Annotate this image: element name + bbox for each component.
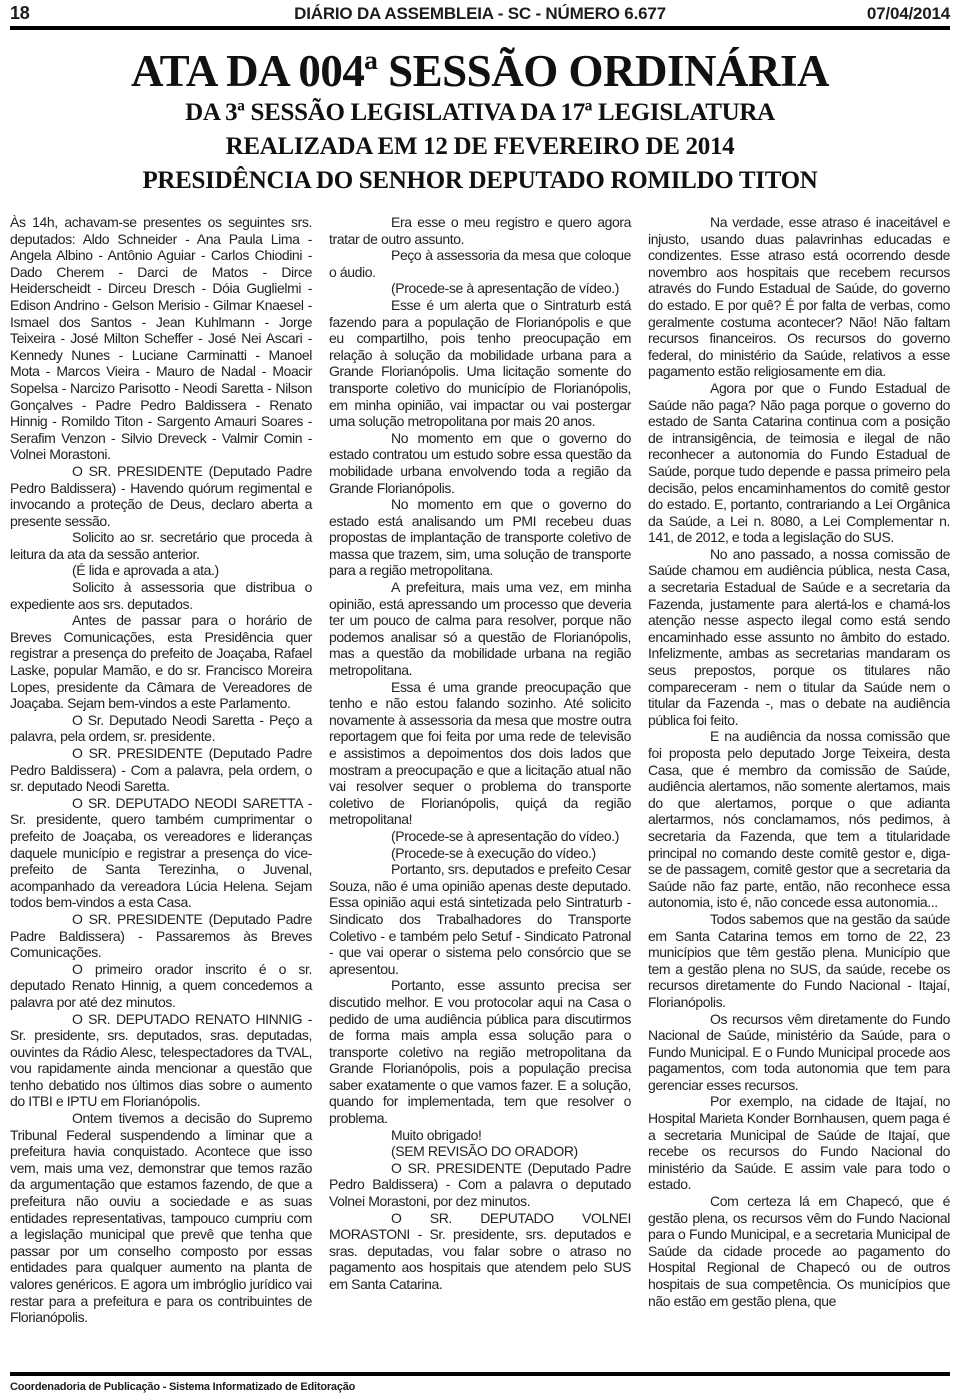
paragraph: Com certeza lá em Chapecó, que é gestão …: [648, 1193, 950, 1309]
paragraph: Na verdade, esse atraso é inaceitável e …: [648, 214, 950, 380]
paragraph: Todos sabemos que na gestão da saúde em …: [648, 911, 950, 1011]
paragraph: O SR. PRESIDENTE (Deputado Padre Pedro B…: [329, 1160, 631, 1210]
paragraph: O Sr. Deputado Neodi Saretta - Peço a pa…: [10, 712, 312, 745]
paragraph: Essa é uma grande preocupação que tenho …: [329, 679, 631, 828]
column-2: Era esse o meu registro e quero agora tr…: [329, 214, 631, 1346]
header-date: 07/04/2014: [666, 4, 950, 24]
paragraph: No momento em que o governo do estado co…: [329, 430, 631, 496]
paragraph: (SEM REVISÃO DO ORADOR): [329, 1143, 631, 1160]
session-title: ATA DA 004ª SESSÃO ORDINÁRIA: [10, 46, 950, 96]
paragraph: Peço à assessoria da mesa que coloque o …: [329, 247, 631, 280]
paragraph: O SR. DEPUTADO RENATO HINNIG - Sr. presi…: [10, 1011, 312, 1111]
paragraph: Solicito ao sr. secretário que proceda à…: [10, 529, 312, 562]
paragraph: Os recursos vêm diretamente do Fundo Nac…: [648, 1011, 950, 1094]
paragraph: (É lida e aprovada a ata.): [10, 562, 312, 579]
session-title-block: ATA DA 004ª SESSÃO ORDINÁRIA DA 3ª SESSÃ…: [10, 46, 950, 198]
session-subtitle-date: REALIZADA EM 12 DE FEVEREIRO DE 2014: [10, 130, 950, 164]
paragraph: Era esse o meu registro e quero agora tr…: [329, 214, 631, 247]
paragraph: O SR. DEPUTADO VOLNEI MORASTONI - Sr. pr…: [329, 1210, 631, 1293]
paragraph: No momento em que o governo do estado es…: [329, 496, 631, 579]
session-subtitle-presidency: PRESIDÊNCIA DO SENHOR DEPUTADO ROMILDO T…: [10, 164, 950, 198]
paragraph: O SR. PRESIDENTE (Deputado Padre Pedro B…: [10, 463, 312, 529]
paragraph: Às 14h, achavam-se presentes os seguinte…: [10, 214, 312, 463]
column-3: Na verdade, esse atraso é inaceitável e …: [648, 214, 950, 1346]
page-number: 18: [10, 3, 294, 24]
paragraph: A prefeitura, mais uma vez, em minha opi…: [329, 579, 631, 679]
paragraph: O primeiro orador inscrito é o sr. deput…: [10, 961, 312, 1011]
paragraph: Portanto, esse assunto precisa ser discu…: [329, 977, 631, 1126]
paragraph: Solicito à assessoria que distribua o ex…: [10, 579, 312, 612]
text-columns: Às 14h, achavam-se presentes os seguinte…: [10, 214, 950, 1346]
paragraph: (Procede-se à apresentação do vídeo.): [329, 828, 631, 845]
paragraph: Por exemplo, na cidade de Itajaí, no Hos…: [648, 1093, 950, 1193]
paragraph: No ano passado, a nossa comissão de Saúd…: [648, 546, 950, 729]
footer-text: Coordenadoria de Publicação - Sistema In…: [10, 1381, 355, 1393]
gazette-page: 18 DIÁRIO DA ASSEMBLEIA - SC - NÚMERO 6.…: [0, 0, 960, 1398]
column-1: Às 14h, achavam-se presentes os seguinte…: [10, 214, 312, 1346]
paragraph: (Procede-se à apresentação de vídeo.): [329, 280, 631, 297]
paragraph: E na audiência da nossa comissão que foi…: [648, 728, 950, 911]
header-rule-divider: [10, 26, 950, 30]
paragraph: Muito obrigado!: [329, 1127, 631, 1144]
paragraph: O SR. PRESIDENTE (Deputado Padre Pedro B…: [10, 745, 312, 795]
paragraph: Ontem tivemos a decisão do Supremo Tribu…: [10, 1110, 312, 1326]
page-header: 18 DIÁRIO DA ASSEMBLEIA - SC - NÚMERO 6.…: [10, 0, 950, 24]
paragraph: Antes de passar para o horário de Breves…: [10, 612, 312, 712]
paragraph: Esse é um alerta que o Sintraturb está f…: [329, 297, 631, 430]
gazette-title: DIÁRIO DA ASSEMBLEIA - SC - NÚMERO 6.677: [294, 4, 666, 24]
paragraph: (Procede-se à execução do vídeo.): [329, 845, 631, 862]
paragraph: Agora por que o Fundo Estadual de Saúde …: [648, 380, 950, 546]
paragraph: O SR. DEPUTADO NEODI SARETTA - Sr. presi…: [10, 795, 312, 911]
footer-rule-divider: [10, 1372, 950, 1376]
paragraph: Portanto, srs. deputados e prefeito Cesa…: [329, 861, 631, 977]
paragraph: O SR. PRESIDENTE (Deputado Padre Padre B…: [10, 911, 312, 961]
session-subtitle-legislature: DA 3ª SESSÃO LEGISLATIVA DA 17ª LEGISLAT…: [10, 96, 950, 130]
